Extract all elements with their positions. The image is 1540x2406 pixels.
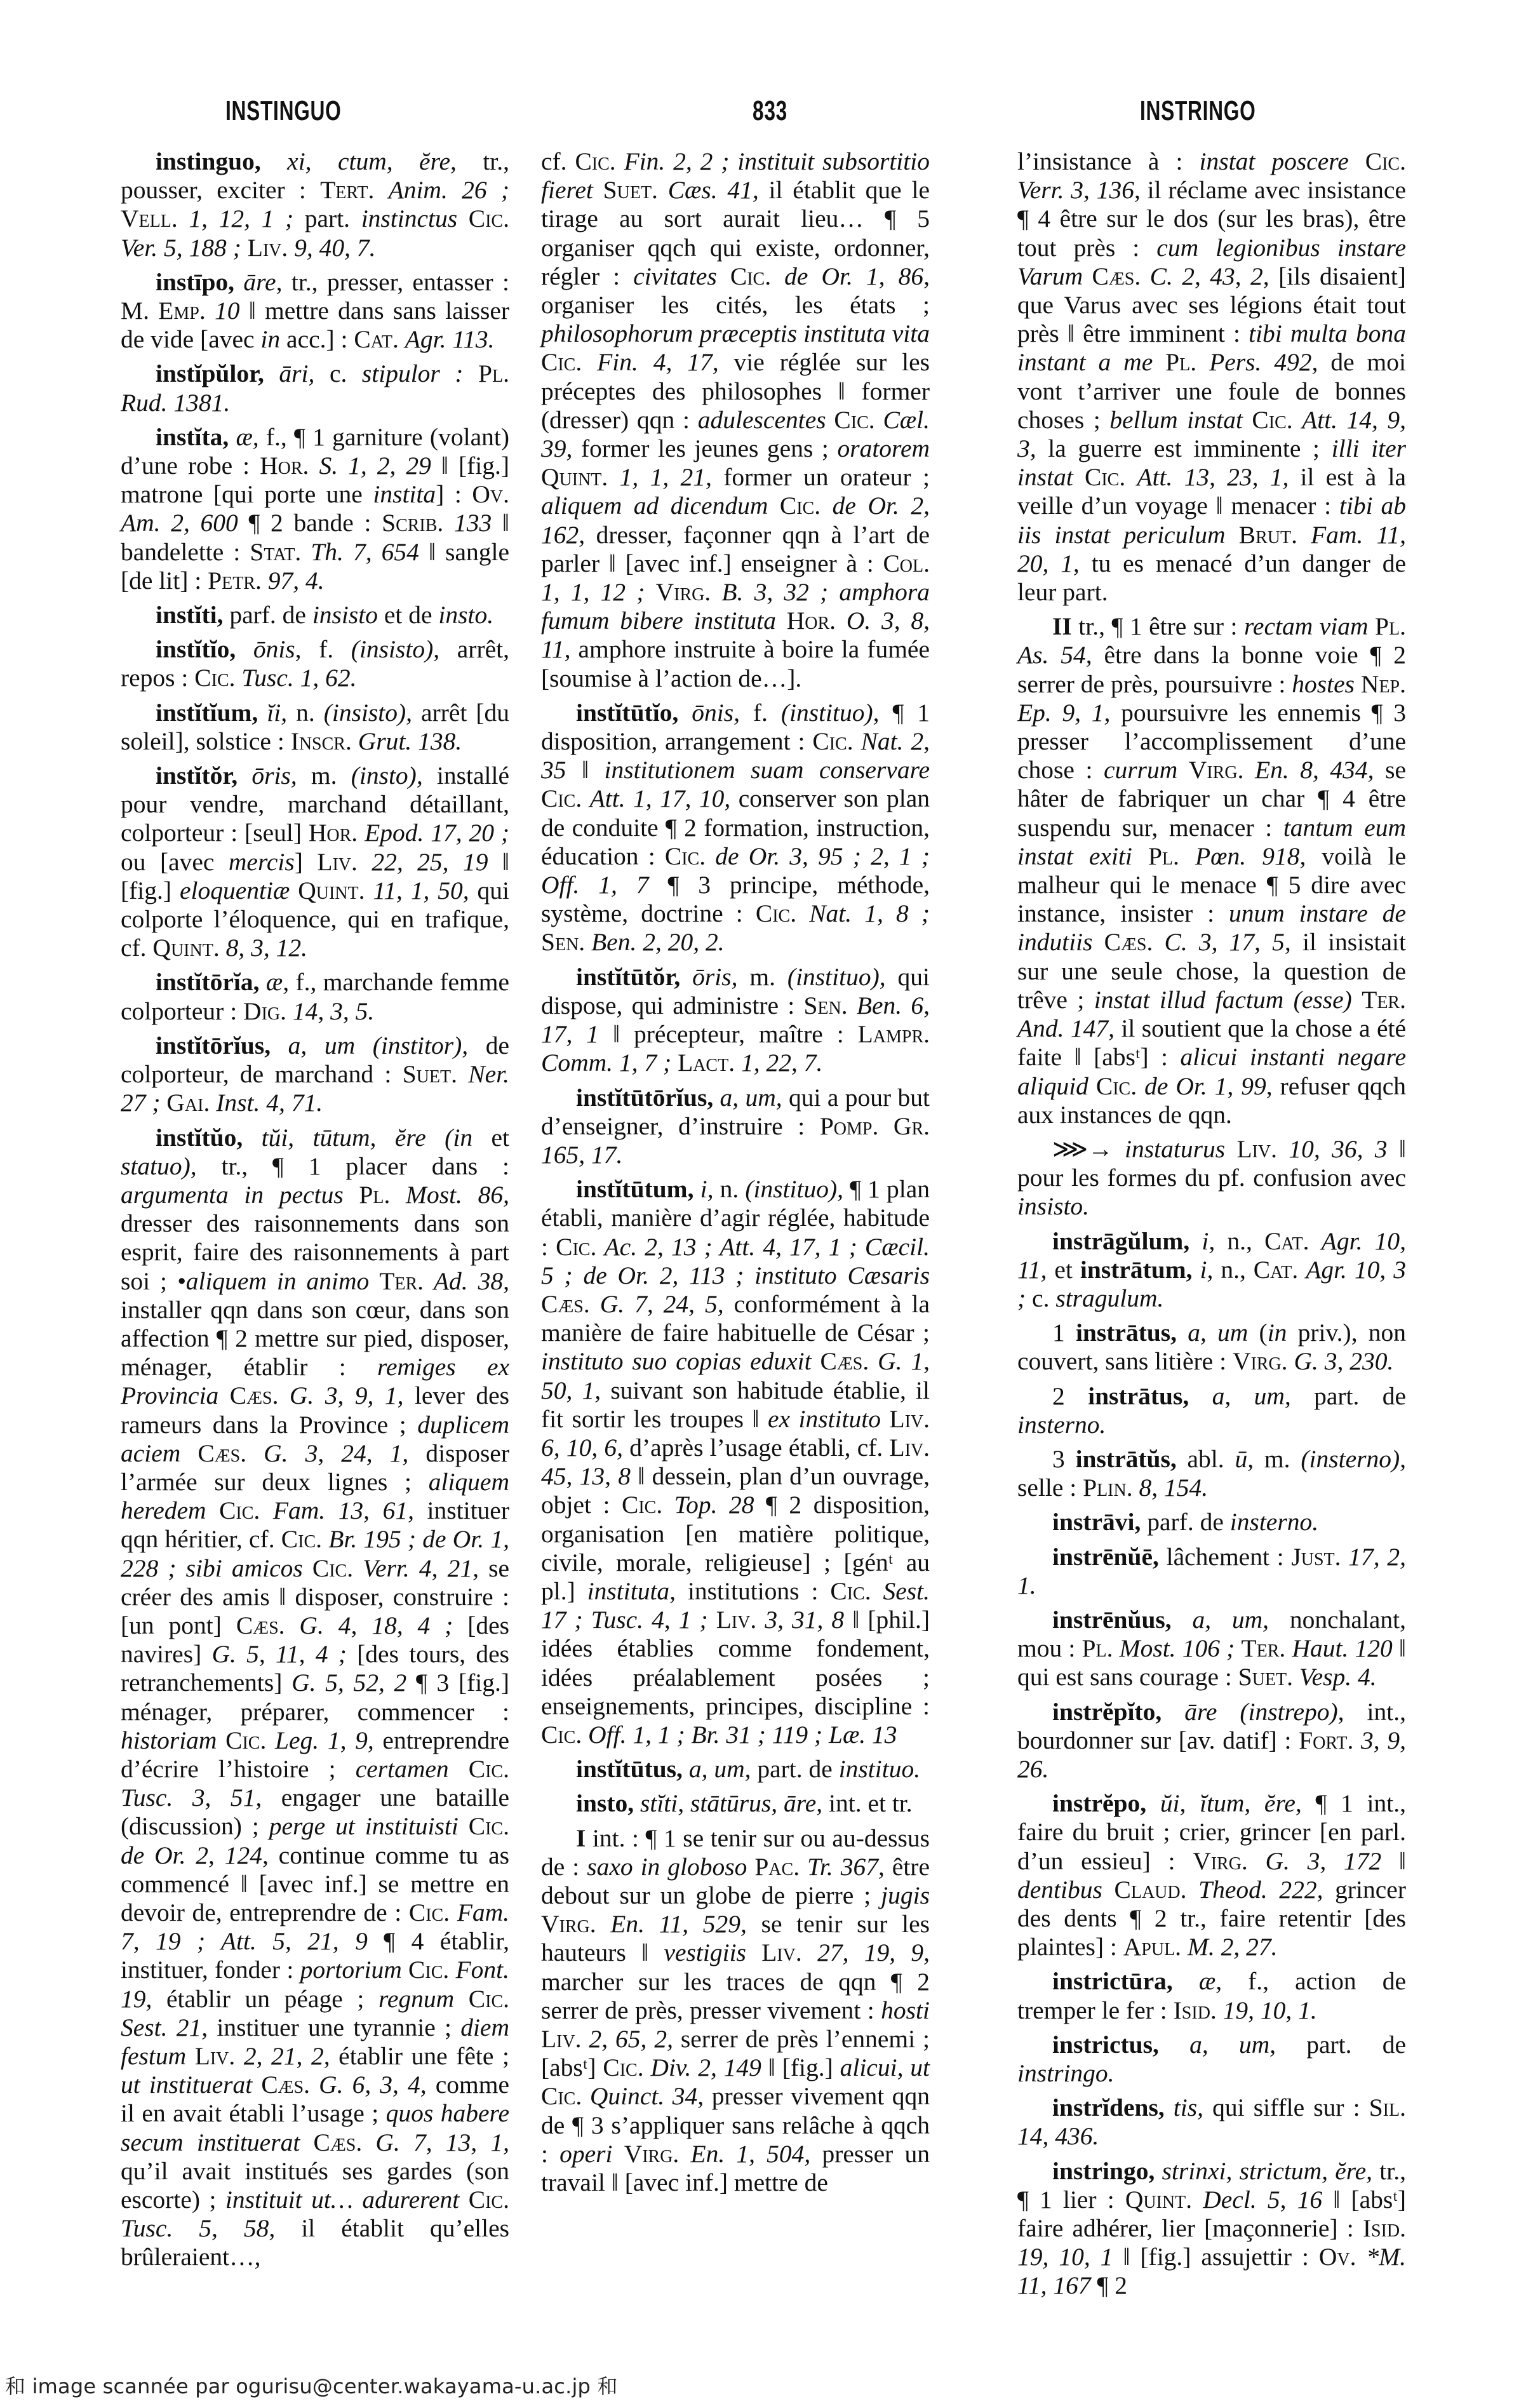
entry-text: æ, bbox=[1199, 1967, 1248, 1995]
author-abbrev: Cic. bbox=[541, 1721, 588, 1749]
headword: instinguo, bbox=[156, 147, 287, 175]
author-abbrev: Liv. bbox=[248, 234, 294, 262]
entry-text: i, bbox=[700, 1175, 720, 1203]
author-abbrev: Sen. bbox=[541, 928, 591, 956]
dictionary-entry: instĭtŏr, ōris, m. (insto), installé pou… bbox=[121, 762, 509, 962]
author-abbrev: Apul. bbox=[1123, 1933, 1188, 1961]
headword: instĭtōrĭus, bbox=[156, 1032, 288, 1059]
headword: instrāgŭlum, bbox=[1052, 1227, 1202, 1255]
entry-text: instituta, bbox=[587, 1577, 688, 1605]
entry-text: 14, 436. bbox=[1017, 2122, 1099, 2150]
author-abbrev: Vell. bbox=[121, 205, 189, 232]
author-abbrev: Cic. bbox=[469, 205, 509, 232]
entry-text: 2, 65, 2, bbox=[589, 2025, 680, 2053]
entry-text: acc.] : bbox=[286, 325, 354, 353]
entry-text: Pœn. 918, bbox=[1195, 842, 1322, 870]
entry-text: Haut. 120 bbox=[1292, 1634, 1398, 1662]
author-abbrev: Cæs. bbox=[236, 1611, 300, 1639]
entry-text: Off. 1, 1 ; Br. 31 ; 119 ; Læ. 13 bbox=[588, 1721, 897, 1749]
author-abbrev: Liv. bbox=[889, 1405, 930, 1433]
author-abbrev: Suet. bbox=[403, 1060, 469, 1088]
entry-text: G. 3, 230. bbox=[1294, 1347, 1393, 1375]
author-abbrev: Liv. bbox=[716, 1606, 765, 1634]
dictionary-entry: 3 instrātŭs, abl. ū, m. (insterno), sell… bbox=[1017, 1445, 1406, 1502]
author-abbrev: Quint. bbox=[152, 934, 225, 962]
entry-text: ōris, bbox=[251, 762, 311, 790]
right-guide-word: INSTRINGO bbox=[1140, 95, 1255, 127]
author-abbrev: Virg. bbox=[1193, 1847, 1265, 1875]
page-number: 833 bbox=[753, 95, 787, 127]
author-abbrev: Virg. bbox=[624, 2140, 691, 2168]
dictionary-entry: instĭtōrĭa, æ, f., marchande femme colpo… bbox=[121, 968, 509, 1025]
entry-text: Agr. 113. bbox=[405, 325, 495, 353]
entry-text: tis, bbox=[1174, 2093, 1212, 2121]
entry-text: insterno. bbox=[1017, 1411, 1106, 1439]
entry-text: instat illud factum (esse) bbox=[1094, 986, 1362, 1014]
author-abbrev: Pl. bbox=[1148, 842, 1195, 870]
entry-text: tr., ¶ 1 être sur : bbox=[1078, 612, 1244, 640]
entry-text: regnum bbox=[378, 1985, 469, 2013]
author-abbrev: Liv. bbox=[317, 848, 372, 876]
entry-text: Theod. 222, bbox=[1198, 1876, 1335, 1904]
author-abbrev: Cic. bbox=[812, 727, 860, 755]
entry-text: insterno. bbox=[1230, 1508, 1318, 1536]
author-abbrev: Cæs. bbox=[541, 1290, 600, 1318]
entry-text: Verr. 3, 136, bbox=[1017, 176, 1148, 204]
entry-text: a, um bbox=[1188, 1319, 1259, 1347]
entry-text: Most. 106 ; bbox=[1120, 1634, 1242, 1662]
dictionary-entry: instĭtūtŏr, ōris, m. (instituo), qui dis… bbox=[541, 963, 930, 1078]
author-abbrev: Cic. bbox=[780, 492, 833, 520]
dictionary-entry: instrĭdens, tis, qui siffle sur : Sil. 1… bbox=[1017, 2093, 1406, 2151]
entry-text: Tusc. 1, 62. bbox=[241, 664, 356, 692]
author-abbrev: Cic. bbox=[830, 1577, 883, 1605]
dictionary-entry: 1 instrātus, a, um (in priv.), non couve… bbox=[1017, 1319, 1406, 1376]
author-abbrev: Hor. bbox=[309, 819, 365, 847]
dictionary-entry: 2 instrātus, a, um, part. de insterno. bbox=[1017, 1382, 1406, 1439]
headword: instrēnŭus, bbox=[1052, 1606, 1192, 1634]
author-abbrev: Hor. bbox=[787, 607, 847, 635]
entry-text: Inst. 4, 71. bbox=[216, 1089, 323, 1117]
headword: instringo, bbox=[1052, 2157, 1162, 2185]
headword: II bbox=[1052, 612, 1078, 640]
entry-text: portorium bbox=[300, 1956, 408, 1984]
author-abbrev: Tert. bbox=[320, 176, 388, 204]
entry-text: Ep. 9, 1, bbox=[1017, 699, 1121, 727]
entry-text: insisto bbox=[312, 601, 384, 629]
entry-text: 9, 40, 7. bbox=[294, 234, 375, 262]
entry-text: et bbox=[491, 1124, 509, 1152]
entry-text: f. bbox=[753, 699, 781, 727]
author-abbrev: Isid. bbox=[1174, 1996, 1223, 2024]
author-abbrev: Cic. bbox=[1252, 406, 1302, 434]
entry-text: ¶ 2 bande : bbox=[248, 509, 382, 537]
entry-text: n. bbox=[296, 699, 324, 727]
entry-text: Ver. 5, 188 ; bbox=[121, 234, 248, 262]
author-abbrev: M. Emp. bbox=[121, 297, 215, 325]
entry-text: Ad. 38, bbox=[434, 1267, 509, 1295]
entry-text: 165, 17. bbox=[541, 1141, 622, 1169]
entry-text: 11, 1, 50, bbox=[373, 877, 477, 904]
headword: instĭtŏr, bbox=[156, 762, 251, 790]
headword: instrēnŭē, bbox=[1052, 1543, 1167, 1571]
author-abbrev: Just. bbox=[1291, 1543, 1348, 1571]
dictionary-entry: instīpo, āre, tr., presser, entasser : M… bbox=[121, 268, 509, 354]
headword: instĭtōrĭa, bbox=[156, 968, 266, 996]
entry-text: (instituo), bbox=[781, 699, 893, 727]
headword: instĭti, bbox=[156, 601, 229, 629]
author-abbrev: Cic. bbox=[469, 2186, 509, 2214]
headword: instĭtūtum, bbox=[576, 1175, 700, 1203]
entry-text: As. 54, bbox=[1017, 641, 1104, 669]
author-abbrev: Liv. bbox=[1236, 1135, 1289, 1163]
entry-text: c. bbox=[1032, 1284, 1055, 1312]
entry-text: hosti bbox=[881, 1996, 930, 2024]
headword: instĭtŭo, bbox=[156, 1124, 262, 1152]
entry-text: marcher sur les traces de qqn ¶ 2 serrer… bbox=[541, 1968, 930, 2024]
entry-text: instringo. bbox=[1017, 2059, 1115, 2087]
entry-text: argumenta in pectus bbox=[121, 1181, 359, 1209]
entry-text: ‖ [fig.] bbox=[768, 2053, 840, 2081]
author-abbrev: Virg. bbox=[541, 1910, 610, 1938]
author-abbrev: Pomp. Gr. bbox=[820, 1112, 930, 1140]
entry-text: instat poscere bbox=[1200, 147, 1365, 175]
author-abbrev: Scrib. bbox=[382, 509, 454, 537]
entry-text: ōris, bbox=[692, 963, 749, 991]
headword: instĭtūtōrĭus, bbox=[576, 1084, 720, 1112]
dictionary-entry: I int. : ¶ 1 se tenir sur ou au-dessus d… bbox=[541, 1824, 930, 2198]
entry-text: 1, 1, 21, bbox=[620, 463, 724, 491]
author-abbrev: Cat. bbox=[1264, 1227, 1322, 1255]
entry-text: insisto. bbox=[1017, 1192, 1089, 1220]
entry-text: part. de bbox=[757, 1755, 838, 1783]
author-abbrev: Cic. bbox=[469, 1755, 509, 1783]
entry-text: æ, bbox=[236, 423, 265, 451]
entry-text: civitates bbox=[633, 262, 730, 290]
entry-text: instinctus bbox=[361, 205, 469, 232]
scan-credit: 和 image scannée par ogurisu@center.wakay… bbox=[5, 2370, 618, 2400]
entry-text: établir un péage ; bbox=[166, 1985, 378, 2013]
author-abbrev: Sen. bbox=[803, 991, 856, 1019]
author-abbrev: Cæs. bbox=[261, 2071, 319, 2099]
dictionary-entry: instĭtŭo, tŭi, tūtum, ĕre (in et statuo)… bbox=[121, 1124, 509, 2272]
entry-text: établir une fête ; bbox=[338, 2042, 509, 2070]
author-abbrev: Dig. bbox=[243, 997, 293, 1025]
headword: instrātus, bbox=[1076, 1319, 1188, 1347]
entry-text: Tr. 367, bbox=[807, 1853, 892, 1881]
entry-text: n., bbox=[1221, 1256, 1253, 1284]
author-abbrev: Cæs. bbox=[314, 2128, 376, 2156]
entry-text: la guerre est imminente ; bbox=[1048, 434, 1331, 462]
entry-text: 19, 10, 1 bbox=[1017, 2243, 1123, 2271]
entry-text: æ, bbox=[266, 968, 296, 996]
entry-text: ‖ bbox=[1399, 1847, 1406, 1875]
entry-text: ut instituerat bbox=[121, 2071, 261, 2099]
entry-text: lâchement : bbox=[1167, 1543, 1292, 1571]
entry-text: 97, 4. bbox=[268, 567, 325, 595]
entry-text: ‖ [fig.] assujettir : bbox=[1123, 2243, 1319, 2271]
entry-text: 1, 22, 7. bbox=[741, 1049, 822, 1077]
entry-text: G. 7, 13, 1, bbox=[375, 2128, 509, 2156]
entry-text: part. de bbox=[1314, 1382, 1406, 1410]
dictionary-entry: instinguo, xi, ctum, ĕre, tr., pousser, … bbox=[121, 147, 509, 262]
author-abbrev: Cic. bbox=[541, 2082, 590, 2110]
dictionary-entry: instrēnŭus, a, um, nonchalant, mou : Pl.… bbox=[1017, 1606, 1406, 1692]
author-abbrev: Lact. bbox=[678, 1049, 741, 1077]
author-abbrev: Pl. bbox=[1375, 612, 1406, 640]
dictionary-entry: instĭtĭum, ĭi, n. (insisto), arrêt [du s… bbox=[121, 699, 509, 756]
entry-text: Top. 28 bbox=[674, 1491, 766, 1519]
entry-text: 3 bbox=[1052, 1445, 1076, 1473]
entry-text: int. et tr. bbox=[829, 1789, 913, 1817]
dictionary-entry: instrĕpo, ŭi, ĭtum, ĕre, ¶ 1 int., faire… bbox=[1017, 1789, 1406, 1961]
entry-text: 14, 3, 5. bbox=[293, 997, 374, 1025]
author-abbrev: Cæs. bbox=[230, 1381, 290, 1409]
entry-text: adulescentes bbox=[698, 406, 834, 434]
entry-text: C. 2, 43, 2, bbox=[1150, 262, 1278, 290]
entry-text: G. 7, 24, 5, bbox=[600, 1290, 734, 1318]
dictionary-entry: instrictus, a, um, part. de instringo. bbox=[1017, 2031, 1406, 2088]
headword: insto, bbox=[576, 1789, 640, 1817]
entry-text: cf. bbox=[541, 147, 575, 175]
entry-text: En. 8, 434, bbox=[1255, 756, 1385, 784]
entry-text: 19, 10, 1. bbox=[1223, 1996, 1317, 2024]
author-abbrev: Inscr. bbox=[291, 727, 358, 755]
entry-text: ōnis, bbox=[692, 699, 753, 727]
entry-text: et de bbox=[384, 601, 439, 629]
entry-text: saxo in globoso bbox=[587, 1853, 754, 1881]
author-abbrev: Liv. bbox=[195, 2042, 244, 2070]
entry-text: ( bbox=[1259, 1319, 1268, 1347]
author-abbrev: Claud. bbox=[1115, 1876, 1199, 1904]
entry-text: a, um, bbox=[720, 1084, 789, 1112]
entry-text: 45, 13, 8 bbox=[541, 1462, 638, 1490]
entry-text: dresser, façonner qqn à l’art de parler … bbox=[541, 521, 930, 577]
headword: instĭtĭo, bbox=[156, 635, 253, 663]
entry-text: a, um, bbox=[1192, 1606, 1289, 1634]
entry-text: institutions : bbox=[688, 1577, 830, 1605]
entry-text: jugis bbox=[881, 1881, 930, 1909]
author-abbrev: Cic. bbox=[219, 1496, 273, 1524]
entry-text: former les jeunes gens ; bbox=[581, 434, 838, 462]
entry-text: Anim. 26 ; bbox=[389, 176, 509, 204]
entry-text: (insisto), bbox=[351, 635, 457, 663]
headword: instĭta, bbox=[156, 423, 236, 451]
entry-text: āre, bbox=[243, 268, 291, 296]
entry-text: Tusc. 5, 58, bbox=[121, 2214, 301, 2242]
entry-text: statuo), bbox=[121, 1152, 221, 1180]
entry-text: alicui, ut bbox=[840, 2053, 930, 2081]
author-abbrev: Virg. bbox=[1189, 756, 1255, 784]
entry-text: M. 2, 27. bbox=[1188, 1933, 1278, 1961]
entry-continuation: cf. Cic. Fin. 2, 2 ; instituit subsortit… bbox=[541, 147, 930, 693]
entry-text: Sest. 21, bbox=[121, 2013, 217, 2041]
entry-text: Verr. 4, 21, bbox=[363, 1554, 488, 1582]
author-abbrev: Cic. bbox=[665, 842, 715, 870]
dictionary-entry: instĭtūtōrĭus, a, um, qui a pour but d’e… bbox=[541, 1084, 930, 1170]
entry-text: parf. de bbox=[1147, 1508, 1230, 1536]
entry-text: i, bbox=[1202, 1227, 1227, 1255]
author-abbrev: Brut. bbox=[1239, 521, 1311, 549]
entry-text: a, um, bbox=[1212, 1382, 1314, 1410]
entry-text: Tusc. 3, 51, bbox=[121, 1784, 281, 1811]
entry-text: institutionem suam conservare bbox=[604, 756, 930, 784]
entry-text: Decl. 5, 16 bbox=[1203, 2186, 1333, 2214]
author-abbrev: Suet. bbox=[603, 176, 668, 204]
dictionary-entry: instĭtĭo, ōnis, f. (insisto), arrêt, rep… bbox=[121, 635, 509, 692]
author-abbrev: Isid. bbox=[1363, 2214, 1406, 2242]
author-abbrev: Ter. bbox=[1241, 1634, 1292, 1662]
entry-text: Att. 1, 17, 10, bbox=[590, 784, 739, 812]
entry-text: Epod. 17, 20 ; bbox=[365, 819, 509, 847]
entry-text: Cæs. 41, bbox=[668, 176, 769, 204]
entry-text: a, um, bbox=[1189, 2031, 1306, 2059]
headword: instĭtūtŏr, bbox=[576, 963, 692, 991]
dictionary-entry: instĭtūtus, a, um, part. de instituo. bbox=[541, 1755, 930, 1784]
entry-text: historiam bbox=[121, 1726, 225, 1754]
author-abbrev: Cic. bbox=[541, 784, 590, 812]
entry-text: i, bbox=[1200, 1256, 1221, 1284]
author-abbrev: Cæs. bbox=[1104, 928, 1165, 956]
dictionary-entry: instrictūra, æ, f., action de tremper le… bbox=[1017, 1967, 1406, 2024]
entry-text: ] : bbox=[436, 480, 472, 508]
author-abbrev: Cic. bbox=[469, 1812, 509, 1840]
dictionary-entry: instĭtōrĭus, a, um (institor), de colpor… bbox=[121, 1032, 509, 1118]
author-abbrev: Nep. bbox=[1361, 670, 1406, 698]
headword: instrātus, bbox=[1088, 1382, 1212, 1410]
entry-text: operi bbox=[559, 2140, 624, 2168]
author-abbrev: Stat. bbox=[250, 538, 311, 566]
entry-text: 133 bbox=[454, 509, 502, 537]
entry-text: 1, 1, 12 ; bbox=[541, 578, 656, 606]
entry-text: xi, ctum, ĕre, bbox=[287, 147, 483, 175]
author-abbrev: Cic. bbox=[575, 147, 624, 175]
entry-text: G. 6, 3, 4, bbox=[319, 2071, 436, 2099]
author-abbrev: Pl. bbox=[478, 360, 509, 387]
author-abbrev: Petr. bbox=[208, 567, 268, 595]
entry-text: G. 3, 24, 1, bbox=[264, 1439, 425, 1467]
author-abbrev: Cæs. bbox=[1092, 262, 1150, 290]
entry-text: n. bbox=[720, 1175, 746, 1203]
entry-text: ĭi, bbox=[267, 699, 296, 727]
entry-text: abl. bbox=[1188, 1445, 1235, 1473]
headword: instrātŭs, bbox=[1076, 1445, 1188, 1473]
entry-text: 8, 154. bbox=[1139, 1474, 1208, 1502]
entry-text: (instituo), bbox=[745, 1175, 850, 1203]
entry-text: (insterno), bbox=[1301, 1445, 1406, 1473]
entry-text: organiser les cités, les états ; bbox=[541, 291, 930, 319]
author-abbrev: Cic. bbox=[541, 348, 597, 376]
entry-text: Quinct. 34, bbox=[590, 2082, 712, 2110]
entry-text: instituto suo copias eduxit bbox=[541, 1347, 820, 1375]
entry-text: (insto), bbox=[351, 762, 437, 790]
entry-text: Pers. 492, bbox=[1209, 348, 1330, 376]
entry-text: (insisto), bbox=[324, 699, 421, 727]
entry-text: stĭti, stātūrus, āre, bbox=[640, 1789, 829, 1817]
entry-text: eloquentiæ bbox=[180, 877, 298, 904]
entry-text: ] bbox=[295, 848, 318, 876]
entry-text: ex instituto bbox=[768, 1405, 889, 1433]
entry-text: ou [avec bbox=[121, 848, 229, 876]
running-header: INSTINGUO 833 INSTRINGO bbox=[0, 95, 1540, 133]
author-abbrev: Plin. bbox=[1083, 1474, 1139, 1502]
headword: instĭpŭlor, bbox=[156, 360, 279, 387]
entry-text: tr., ¶ 1 placer dans : bbox=[221, 1152, 509, 1180]
headword: instīpo, bbox=[156, 268, 243, 296]
author-abbrev: Cæs. bbox=[198, 1439, 264, 1467]
entry-text: a, um (institor), bbox=[288, 1032, 486, 1059]
entry-text: a, um, bbox=[689, 1755, 758, 1783]
headword: I bbox=[576, 1824, 593, 1852]
entry-text: Most. 86, bbox=[406, 1181, 509, 1209]
dictionary-column-3: l’insistance à : instat poscere Cic. Ver… bbox=[1017, 147, 1406, 2306]
entry-text: ‖ précepteur, maître : bbox=[613, 1020, 858, 1048]
entry-text: C. 3, 17, 5, bbox=[1165, 928, 1302, 956]
entry-text: de Or. 2, 124, bbox=[121, 1841, 279, 1869]
entry-text: ōnis, bbox=[253, 635, 319, 663]
author-abbrev: Cic. bbox=[312, 1554, 363, 1582]
entry-text: stipulor : bbox=[362, 360, 478, 387]
dictionary-entry: instringo, strinxi, strictum, ĕre, tr., … bbox=[1017, 2157, 1406, 2301]
entry-text: 27, 19, 9, bbox=[817, 1939, 930, 1966]
entry-text: part. de bbox=[1306, 2031, 1406, 2059]
entry-text: former un orateur ; bbox=[723, 463, 930, 491]
author-abbrev: Cat. bbox=[354, 325, 405, 353]
entry-text: bellum instat bbox=[1109, 406, 1252, 434]
entry-text: f. bbox=[319, 635, 351, 663]
dictionary-entry: instĭti, parf. de insisto et de insto. bbox=[121, 601, 509, 629]
entry-text: 6, 10, 6, bbox=[541, 1434, 629, 1462]
entry-text: d’après l’usage établi, cf. bbox=[629, 1434, 889, 1462]
headword: instrāvi, bbox=[1052, 1508, 1147, 1536]
entry-text: ⋙→ bbox=[1052, 1135, 1125, 1163]
author-abbrev: Cic. bbox=[1365, 147, 1406, 175]
author-abbrev: Pl. bbox=[1165, 348, 1209, 376]
entry-text: 10, 36, 3 bbox=[1289, 1135, 1399, 1163]
entry-text: m. bbox=[311, 762, 351, 790]
dictionary-entry: instrēnŭē, lâchement : Just. 17, 2, 1. bbox=[1017, 1543, 1406, 1600]
entry-text: 8, 3, 12. bbox=[226, 934, 307, 962]
entry-text: amphore instruite à boire la fumée [soum… bbox=[541, 635, 930, 692]
entry-text: insto. bbox=[438, 601, 493, 629]
author-abbrev: Cic. bbox=[834, 406, 883, 434]
entry-text: Att. 13, 23, 1, bbox=[1137, 463, 1300, 491]
entry-text: instita bbox=[373, 480, 436, 508]
author-abbrev: Ov. bbox=[472, 480, 509, 508]
entry-text: 22, 25, 19 bbox=[372, 848, 502, 876]
author-abbrev: Cic. bbox=[603, 2053, 650, 2081]
entry-text: Fam. 13, 61, bbox=[273, 1496, 427, 1524]
author-abbrev: Cic. bbox=[556, 1233, 604, 1261]
dictionary-column-1: instinguo, xi, ctum, ĕre, tr., pousser, … bbox=[121, 147, 509, 2278]
entry-text: m. bbox=[749, 963, 787, 991]
headword: instrictūra, bbox=[1052, 1967, 1199, 1995]
entry-text: Div. 2, 149 bbox=[650, 2053, 768, 2081]
entry-text: in bbox=[260, 325, 286, 353]
entry-text: G. 3, 9, 1, bbox=[290, 1381, 415, 1409]
entry-text: de Or. 1, 99, bbox=[1144, 1072, 1280, 1100]
entry-text: 2 bbox=[1052, 1382, 1088, 1410]
entry-text: āri, bbox=[279, 360, 330, 387]
entry-text: de Or. 1, 86, bbox=[784, 262, 930, 290]
entry-text: vestigiis bbox=[664, 1939, 761, 1966]
entry-text: Nat. 1, 8 ; bbox=[809, 899, 930, 927]
author-abbrev: Ter. bbox=[379, 1267, 434, 1295]
entry-text: in bbox=[1268, 1319, 1298, 1347]
entry-text: tr., presser, entasser : bbox=[291, 268, 509, 296]
dictionary-entry: ⋙→ instaturus Liv. 10, 36, 3 ‖ pour les … bbox=[1017, 1135, 1406, 1221]
headword: instrictus, bbox=[1052, 2031, 1189, 2059]
